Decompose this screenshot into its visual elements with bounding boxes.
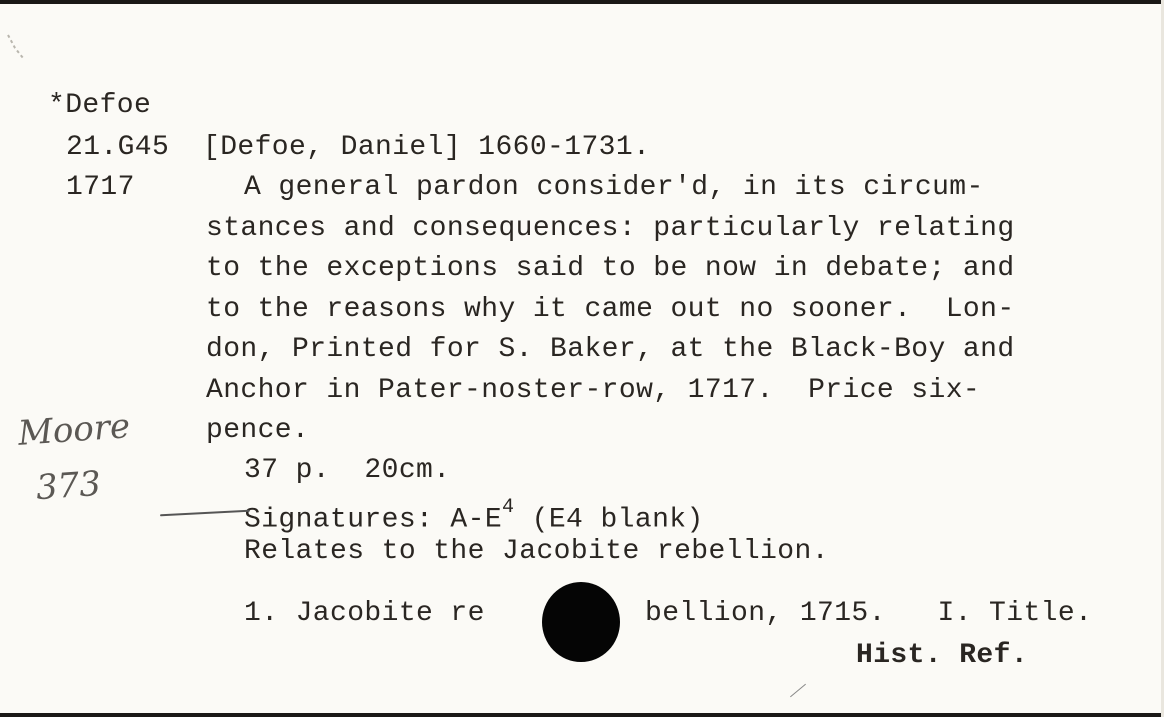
title-line-4: to the reasons why it came out no sooner… bbox=[206, 290, 1015, 330]
handwritten-pointer-line bbox=[160, 510, 250, 517]
call-number-line-2: 21.G45 bbox=[66, 128, 169, 168]
handwritten-note-name: Moore bbox=[17, 406, 132, 454]
collation-line: 37 p. 20cm. bbox=[244, 451, 450, 491]
author-heading: [Defoe, Daniel] 1660-1731. bbox=[203, 128, 650, 168]
tracing-right: bellion, 1715. I. Title. bbox=[645, 594, 1092, 634]
card-bottom-edge bbox=[0, 713, 1164, 717]
title-line-1: A general pardon consider'd, in its circ… bbox=[244, 168, 984, 208]
handwritten-note-number: 373 bbox=[35, 464, 103, 508]
call-number-line-3: 1717 bbox=[66, 168, 135, 208]
signatures-superscript: 4 bbox=[502, 496, 514, 519]
signatures-prefix: Signatures: A-E bbox=[244, 504, 502, 535]
tracing-left: 1. Jacobite re bbox=[244, 594, 485, 634]
note-line: Relates to the Jacobite rebellion. bbox=[244, 532, 829, 572]
punch-hole bbox=[542, 582, 620, 662]
title-line-6: Anchor in Pater-noster-row, 1717. Price … bbox=[206, 371, 980, 411]
pencil-tick-mark bbox=[790, 684, 806, 698]
title-line-2: stances and consequences: particularly r… bbox=[206, 209, 1015, 249]
title-line-7: pence. bbox=[206, 411, 309, 451]
title-line-5: don, Printed for S. Baker, at the Black-… bbox=[206, 330, 1015, 370]
pencil-smudge-mark bbox=[5, 32, 27, 62]
call-number-line-1: *Defoe bbox=[48, 86, 151, 126]
title-line-3: to the exceptions said to be now in deba… bbox=[206, 249, 1015, 289]
location-stamp: Hist. Ref. bbox=[856, 636, 1028, 676]
signatures-suffix: (E4 blank) bbox=[514, 504, 703, 535]
card-top-edge bbox=[0, 0, 1164, 4]
